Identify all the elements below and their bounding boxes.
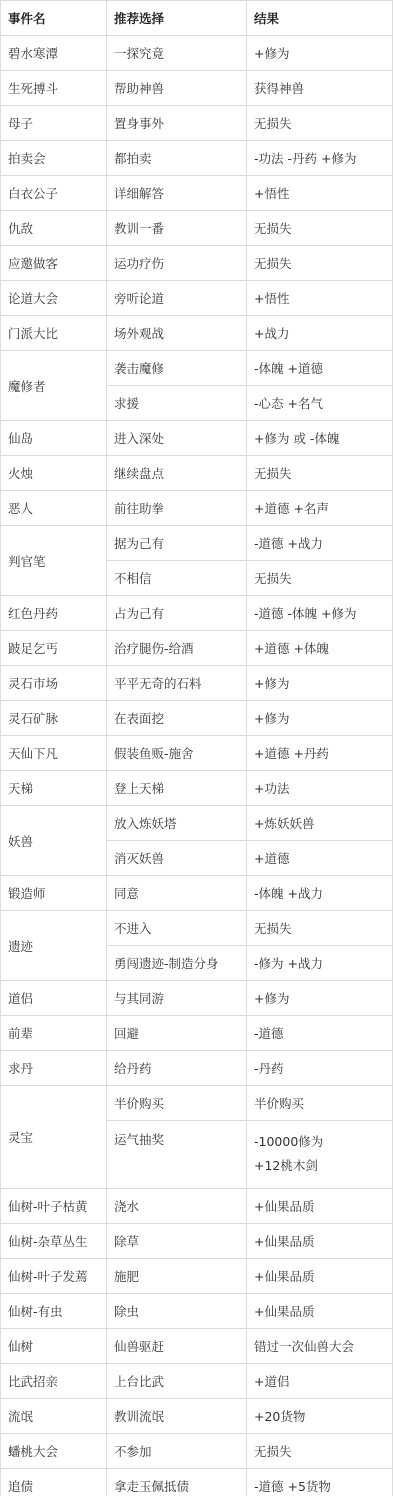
table-row: 白衣公子详细解答+悟性 [1,176,393,211]
event-name-cell: 论道大会 [1,281,107,316]
event-name-cell: 白衣公子 [1,176,107,211]
event-name-cell: 跛足乞丐 [1,631,107,666]
choice-cell: 给丹药 [107,1051,247,1086]
result-cell: -丹药 [247,1051,393,1086]
choice-cell: 帮助神兽 [107,71,247,106]
choice-cell: 浇水 [107,1189,247,1224]
table-row: 恶人前往助拳+道德 +名声 [1,491,393,526]
event-name-cell: 求丹 [1,1051,107,1086]
table-row: 道侣与其同游+修为 [1,981,393,1016]
choice-cell: 前往助拳 [107,491,247,526]
result-cell: 无损失 [247,246,393,281]
result-cell: 无损失 [247,1434,393,1469]
choice-cell: 一探究竟 [107,36,247,71]
event-name-cell: 拍卖会 [1,141,107,176]
choice-cell: 求援 [107,386,247,421]
choice-cell: 教训流氓 [107,1399,247,1434]
result-cell: +仙果品质 [247,1224,393,1259]
result-cell: +悟性 [247,176,393,211]
choice-cell: 占为己有 [107,596,247,631]
table-row: 灵石矿脉在表面挖+修为 [1,701,393,736]
table-row: 遗迹不进入无损失 [1,911,393,946]
choice-cell: 拿走玉佩抵债 [107,1469,247,1496]
event-name-cell: 天仙下凡 [1,736,107,771]
choice-cell: 上台比武 [107,1364,247,1399]
result-cell: +道德 [247,841,393,876]
event-name-cell: 红色丹药 [1,596,107,631]
table-row: 拍卖会都拍卖-功法 -丹药 +修为 [1,141,393,176]
choice-cell: 平平无奇的石料 [107,666,247,701]
event-name-cell: 灵宝 [1,1086,107,1189]
result-cell: 无损失 [247,911,393,946]
table-row: 仙岛进入深处+修为 或 -体魄 [1,421,393,456]
event-name-cell: 蟠桃大会 [1,1434,107,1469]
event-name-cell: 应邀做客 [1,246,107,281]
table-row: 锻造师同意-体魄 +战力 [1,876,393,911]
choice-cell: 置身事外 [107,106,247,141]
event-name-cell: 仙树-有虫 [1,1294,107,1329]
event-name-cell: 门派大比 [1,316,107,351]
result-line: +12桃木剑 [254,1154,392,1178]
choice-cell: 同意 [107,876,247,911]
choice-cell: 与其同游 [107,981,247,1016]
result-cell: 获得神兽 [247,71,393,106]
result-cell: -道德 +5货物 [247,1469,393,1496]
table-row: 碧水寒潭一探究竟+修为 [1,36,393,71]
table-row: 仇敌教训一番无损失 [1,211,393,246]
choice-cell: 半价购买 [107,1086,247,1121]
event-name-cell: 遗迹 [1,911,107,981]
event-name-cell: 魔修者 [1,351,107,421]
table-row: 追债拿走玉佩抵债-道德 +5货物 [1,1469,393,1496]
table-row: 流氓教训流氓+20货物 [1,1399,393,1434]
choice-cell: 治疗腿伤-给酒 [107,631,247,666]
event-name-cell: 灵石矿脉 [1,701,107,736]
choice-cell: 详细解答 [107,176,247,211]
result-cell: 无损失 [247,456,393,491]
result-cell: +道德 +体魄 [247,631,393,666]
choice-cell: 登上天梯 [107,771,247,806]
event-name-cell: 火烛 [1,456,107,491]
result-line: -10000修为 [254,1130,392,1154]
table-row: 仙树-杂草丛生除草+仙果品质 [1,1224,393,1259]
table-row: 应邀做客运功疗伤无损失 [1,246,393,281]
choice-cell: 教训一番 [107,211,247,246]
table-row: 比武招亲上台比武+道侣 [1,1364,393,1399]
result-cell: -体魄 +战力 [247,876,393,911]
choice-cell: 继续盘点 [107,456,247,491]
table-row: 门派大比场外观战+战力 [1,316,393,351]
events-table: 事件名 推荐选择 结果 碧水寒潭一探究竟+修为生死搏斗帮助神兽获得神兽母子置身事… [0,0,393,1496]
table-body: 碧水寒潭一探究竟+修为生死搏斗帮助神兽获得神兽母子置身事外无损失拍卖会都拍卖-功… [1,36,393,1496]
event-name-cell: 仙树-叶子枯黄 [1,1189,107,1224]
event-name-cell: 生死搏斗 [1,71,107,106]
choice-cell: 仙兽驱赶 [107,1329,247,1364]
result-cell: +20货物 [247,1399,393,1434]
table-row: 天梯登上天梯+功法 [1,771,393,806]
table-row: 天仙下凡假装鱼贩-施舍+道德 +丹药 [1,736,393,771]
event-name-cell: 碧水寒潭 [1,36,107,71]
result-cell: -修为 +战力 [247,946,393,981]
event-name-cell: 仙树-叶子发蔫 [1,1259,107,1294]
result-cell: 无损失 [247,561,393,596]
result-cell: 错过一次仙兽大会 [247,1329,393,1364]
event-name-cell: 流氓 [1,1399,107,1434]
result-cell: +仙果品质 [247,1189,393,1224]
choice-cell: 假装鱼贩-施舍 [107,736,247,771]
event-name-cell: 锻造师 [1,876,107,911]
choice-cell: 进入深处 [107,421,247,456]
choice-cell: 不进入 [107,911,247,946]
result-cell: -功法 -丹药 +修为 [247,141,393,176]
result-cell: -心态 +名气 [247,386,393,421]
choice-cell: 除草 [107,1224,247,1259]
table-row: 求丹给丹药-丹药 [1,1051,393,1086]
result-cell: 无损失 [247,211,393,246]
table-row: 妖兽放入炼妖塔+炼妖妖兽 [1,806,393,841]
event-name-cell: 母子 [1,106,107,141]
event-name-cell: 判官笔 [1,526,107,596]
choice-cell: 在表面挖 [107,701,247,736]
result-cell: -道德 [247,1016,393,1051]
choice-cell: 除虫 [107,1294,247,1329]
choice-cell: 袭击魔修 [107,351,247,386]
event-name-cell: 恶人 [1,491,107,526]
event-name-cell: 仙树-杂草丛生 [1,1224,107,1259]
event-name-cell: 妖兽 [1,806,107,876]
result-cell: +道德 +丹药 [247,736,393,771]
event-name-cell: 灵石市场 [1,666,107,701]
result-cell: -道德 -体魄 +修为 [247,596,393,631]
choice-cell: 放入炼妖塔 [107,806,247,841]
table-row: 蟠桃大会不参加无损失 [1,1434,393,1469]
table-row: 灵石市场平平无奇的石料+修为 [1,666,393,701]
result-cell: +道德 +名声 [247,491,393,526]
choice-cell: 运气抽奖 [107,1121,247,1189]
event-name-cell: 仙岛 [1,421,107,456]
choice-cell: 场外观战 [107,316,247,351]
choice-cell: 运功疗伤 [107,246,247,281]
choice-cell: 都拍卖 [107,141,247,176]
table-row: 仙树-叶子发蔫施肥+仙果品质 [1,1259,393,1294]
choice-cell: 不参加 [107,1434,247,1469]
result-cell: +修为 或 -体魄 [247,421,393,456]
result-cell: +仙果品质 [247,1259,393,1294]
event-name-cell: 比武招亲 [1,1364,107,1399]
header-event-name: 事件名 [1,1,107,36]
choice-cell: 不相信 [107,561,247,596]
table-row: 灵宝半价购买半价购买 [1,1086,393,1121]
table-row: 母子置身事外无损失 [1,106,393,141]
event-name-cell: 追债 [1,1469,107,1496]
result-cell: +悟性 [247,281,393,316]
event-name-cell: 仇敌 [1,211,107,246]
table-row: 论道大会旁听论道+悟性 [1,281,393,316]
result-cell: +功法 [247,771,393,806]
table-row: 火烛继续盘点无损失 [1,456,393,491]
result-cell: -道德 +战力 [247,526,393,561]
event-name-cell: 天梯 [1,771,107,806]
table-row: 生死搏斗帮助神兽获得神兽 [1,71,393,106]
result-cell: 无损失 [247,106,393,141]
result-cell: +炼妖妖兽 [247,806,393,841]
result-cell: +修为 [247,701,393,736]
table-row: 仙树-叶子枯黄浇水+仙果品质 [1,1189,393,1224]
result-cell: +修为 [247,666,393,701]
table-row: 仙树-有虫除虫+仙果品质 [1,1294,393,1329]
result-cell: -体魄 +道德 [247,351,393,386]
choice-cell: 旁听论道 [107,281,247,316]
table-row: 魔修者袭击魔修-体魄 +道德 [1,351,393,386]
table-row: 判官笔据为己有-道德 +战力 [1,526,393,561]
choice-cell: 勇闯遗迹-制造分身 [107,946,247,981]
event-name-cell: 道侣 [1,981,107,1016]
choice-cell: 施肥 [107,1259,247,1294]
event-name-cell: 前辈 [1,1016,107,1051]
result-cell: +战力 [247,316,393,351]
result-cell: +修为 [247,981,393,1016]
result-cell: 半价购买 [247,1086,393,1121]
result-cell: +道侣 [247,1364,393,1399]
table-header-row: 事件名 推荐选择 结果 [1,1,393,36]
header-result: 结果 [247,1,393,36]
result-cell: +修为 [247,36,393,71]
choice-cell: 消灭妖兽 [107,841,247,876]
result-cell: -10000修为+12桃木剑 [247,1121,393,1189]
choice-cell: 据为己有 [107,526,247,561]
table-row: 红色丹药占为己有-道德 -体魄 +修为 [1,596,393,631]
result-cell: +仙果品质 [247,1294,393,1329]
table-row: 跛足乞丐治疗腿伤-给酒+道德 +体魄 [1,631,393,666]
header-recommended-choice: 推荐选择 [107,1,247,36]
table-row: 前辈回避-道德 [1,1016,393,1051]
table-row: 仙树仙兽驱赶错过一次仙兽大会 [1,1329,393,1364]
choice-cell: 回避 [107,1016,247,1051]
event-name-cell: 仙树 [1,1329,107,1364]
